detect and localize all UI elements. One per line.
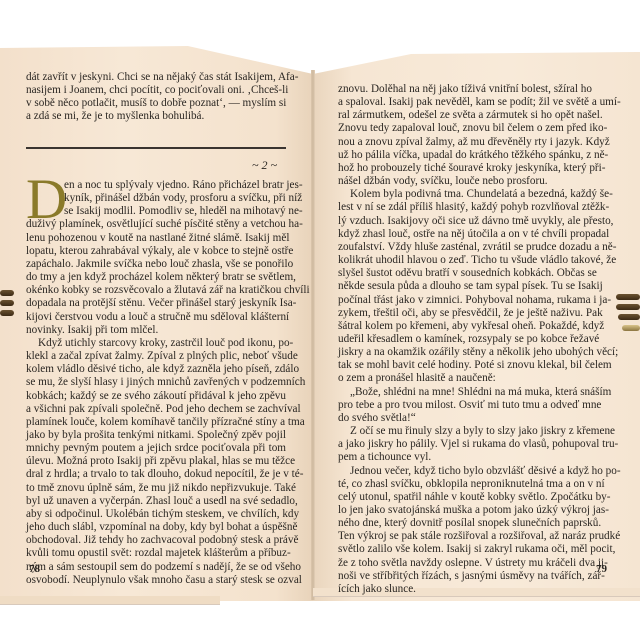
text-line: kolikrát uhodil hlavou o zeď. Ticho tu v… xyxy=(338,254,592,267)
binder-clip-icon xyxy=(618,314,640,320)
text-line: byl už unaven a vyčerpán. Zhasl louč a u… xyxy=(26,495,286,508)
text-line: nášel džbán vody, svíčku, louče nebo pro… xyxy=(338,175,592,188)
page-number-left: 78 xyxy=(29,563,40,575)
text-line: pro tebe a pro tvou milost. Osviť mi tut… xyxy=(338,399,592,412)
text-line: okénko kobky se rozsvěcovalo a žlutavá z… xyxy=(26,284,286,297)
page-number-right: 79 xyxy=(596,563,607,575)
text-line: do tmy a jen když procházel kolem někter… xyxy=(26,271,286,284)
text-line: když zhasl louč, ostře na něj útočila a … xyxy=(338,228,592,241)
text-line: úlevu. Možná proto Isakij při zpěvu plak… xyxy=(26,455,286,468)
text-line: jiskry a na okamžik ozářily stěny a něko… xyxy=(338,346,592,359)
left-top-paragraph: dát zavřít v jeskyni. Chci se na nějaký … xyxy=(26,71,286,124)
text-line: už ho pálila víčka, upadal do krátkého t… xyxy=(338,149,592,162)
text-line: osvobodí. Neuplynulo však mnoho času a s… xyxy=(26,574,286,587)
text-line: Znovu tedy zapaloval louč, znovu bil čel… xyxy=(338,122,592,135)
text-line: kijovi čerstvou vodu a louč a stručně mu… xyxy=(26,311,286,324)
binder-clip-icon xyxy=(616,294,640,300)
text-line: Jednou večer, když ticho bylo obzvlášť d… xyxy=(338,465,592,478)
text-line: slyšel šustot oděvu bratří v sousedních … xyxy=(338,267,592,280)
text-line: „Bože, shlédni na mne! Shlédni na má muk… xyxy=(338,386,592,399)
text-line: tak se mohl bavit celé hodiny. Poté si z… xyxy=(338,359,592,372)
text-line: jako by byla prošita tenkými nitkami. Sp… xyxy=(26,429,286,442)
text-line: a všichni pak zpívali společně. Pod jeho… xyxy=(26,403,286,416)
text-line: Ten výkroj se pak stále rozšiřoval a roz… xyxy=(338,530,592,543)
text-line: Když utichly starcovy kroky, zastrčil lo… xyxy=(26,337,286,350)
text-line: ným a sám sestoupil sem do podzemí s nad… xyxy=(26,561,286,574)
text-line: lenu pohozenou v koutě na nastlané žitné… xyxy=(26,232,286,245)
text-line: v sobě něco potlačit, musíš to dobře poz… xyxy=(26,97,286,110)
text-line: té, co zhasl svíčku, obklopila nepronikn… xyxy=(338,478,592,491)
text-line: kobkách; každý se ze svého zákoutí přidá… xyxy=(26,390,286,403)
text-line: novinky. Isakij při tom mlčel. xyxy=(26,324,286,337)
text-line: celý utonul, spatřil náhle v koutě kobky… xyxy=(338,491,592,504)
binder-clip-icon xyxy=(0,300,14,306)
text-line: lo jen jako svatojánská muška a potom ja… xyxy=(338,504,592,517)
text-line: noši ve stříbřitých řízách, s jasnými ús… xyxy=(338,570,592,583)
text-line: lý vzduch. Isakijovy oči sice už dávno t… xyxy=(338,215,592,228)
text-line: en a noc tu splývaly vjedno. Ráno přichá… xyxy=(26,179,286,192)
text-line: jeho duch slábl, vzpomínal na doby, kdy … xyxy=(26,521,286,534)
text-line: a zdá se mi, že je to myšlenka bohulibá. xyxy=(26,110,286,123)
text-line: do svého světla!“ xyxy=(338,412,592,425)
text-line: dral z hrdla; a trvalo to tak dlouho, do… xyxy=(26,468,286,481)
text-line: se mu, že slyší hlasy i jiných mnichů za… xyxy=(26,376,286,389)
text-line: zykem, třeštil oči, aby se přesvědčil, ž… xyxy=(338,307,592,320)
text-line: Kolem byla podivná tma. Chundelatá a bez… xyxy=(338,188,592,201)
text-line: ného dne, který dovnitř posílal snopek s… xyxy=(338,517,592,530)
text-line: lopatu, kterou zahrabával výkaly, ale v … xyxy=(26,245,286,258)
section-divider xyxy=(26,147,286,149)
text-line: někde sesula půda a dlouho se tam sypal … xyxy=(338,280,592,293)
text-line: znovu. Dolěhal na něj jako tíživá vnitřn… xyxy=(338,83,592,96)
text-line: kolem vládlo děsivé ticho, ale když zazn… xyxy=(26,363,286,376)
text-line: plamínek louče, kolem komíhavě tančily p… xyxy=(26,416,286,429)
binder-clip-icon xyxy=(616,304,640,310)
text-line: se Isakij modlil. Pomodliv se, hleděl na… xyxy=(26,205,286,218)
text-line: světlo zalilo vše kolem. Isakij si zakry… xyxy=(338,543,592,556)
text-line: kvůli tomu opustil svět: rozdal majetek … xyxy=(26,547,286,560)
binder-clip-icon xyxy=(622,325,640,331)
text-line: mnichy pevným poutem a jejich srdce poci… xyxy=(26,442,286,455)
text-line: dopadala na protější stěnu. Večer přináš… xyxy=(26,297,286,310)
text-line: to tmě znovu úplně sám, že mu již nikdo … xyxy=(26,482,286,495)
chapter-marker: ~ 2 ~ xyxy=(252,158,277,173)
text-line: duživý plamínek, osvětlující suché písči… xyxy=(26,218,286,231)
text-line: dát zavřít v jeskyni. Chci se na nějaký … xyxy=(26,71,286,84)
text-line: že z toho světla navždy oslepne. V ústre… xyxy=(338,557,592,570)
left-page-edge xyxy=(0,596,220,605)
text-line: počínal třást jako v zimnici. Pohyboval … xyxy=(338,294,592,307)
text-line: ících jako slunce. xyxy=(338,583,592,596)
text-line: lest v ní se zdál příliš hlasitý, každý … xyxy=(338,201,592,214)
text-line: obchodoval. Již tehdy ho zachvacoval pod… xyxy=(26,534,286,547)
text-line: udeřil křesadlem o kamínek, rozsypaly se… xyxy=(338,333,592,346)
text-line: a jako jiskry ho pálily. Vjel si rukama … xyxy=(338,438,592,451)
text-line: zoufalství. Vždy hluše zasténal, zvrátil… xyxy=(338,241,592,254)
text-line: zapáchalo. Jakmile svíčka nebo louč zhas… xyxy=(26,258,286,271)
text-line: nasijem i Joanem, chci pocítit, co pociť… xyxy=(26,84,286,97)
left-main-text: en a noc tu splývaly vjedno. Ráno přichá… xyxy=(26,179,286,587)
binder-clip-icon xyxy=(0,310,14,316)
text-line: hož ho probouzely tiché šouravé kroky je… xyxy=(338,162,592,175)
text-line: aby si odpočinul. Ukolébán tichým steske… xyxy=(26,508,286,521)
text-line: klekl a začal zpívat žalmy. Zpíval z pln… xyxy=(26,350,286,363)
binder-clip-icon xyxy=(0,290,14,296)
text-line: Z očí se mu řinuly slzy a byly to slzy j… xyxy=(338,425,592,438)
open-book: dát zavřít v jeskyni. Chci se na nějaký … xyxy=(0,0,640,640)
text-line: pem a tichounce vyl. xyxy=(338,451,592,464)
text-line: kyník, přinášel džbán vody, prosforu a s… xyxy=(26,192,286,205)
text-line: a spaloval. Isakij pak nevěděl, kam se p… xyxy=(338,96,592,109)
text-line: nou a znovu zpíval žalmy, až mu dřevěněl… xyxy=(338,136,592,149)
text-line: šátral kolem po křemeni, aby vykřesal oh… xyxy=(338,320,592,333)
text-line: ral zármutkem, odešel ze světa a zármute… xyxy=(338,109,592,122)
right-main-text: znovu. Dolěhal na něj jako tíživá vnitřn… xyxy=(338,83,592,596)
text-line: o zem a pronášel hlasitě a naučeně: xyxy=(338,372,592,385)
book-gutter xyxy=(311,70,315,600)
